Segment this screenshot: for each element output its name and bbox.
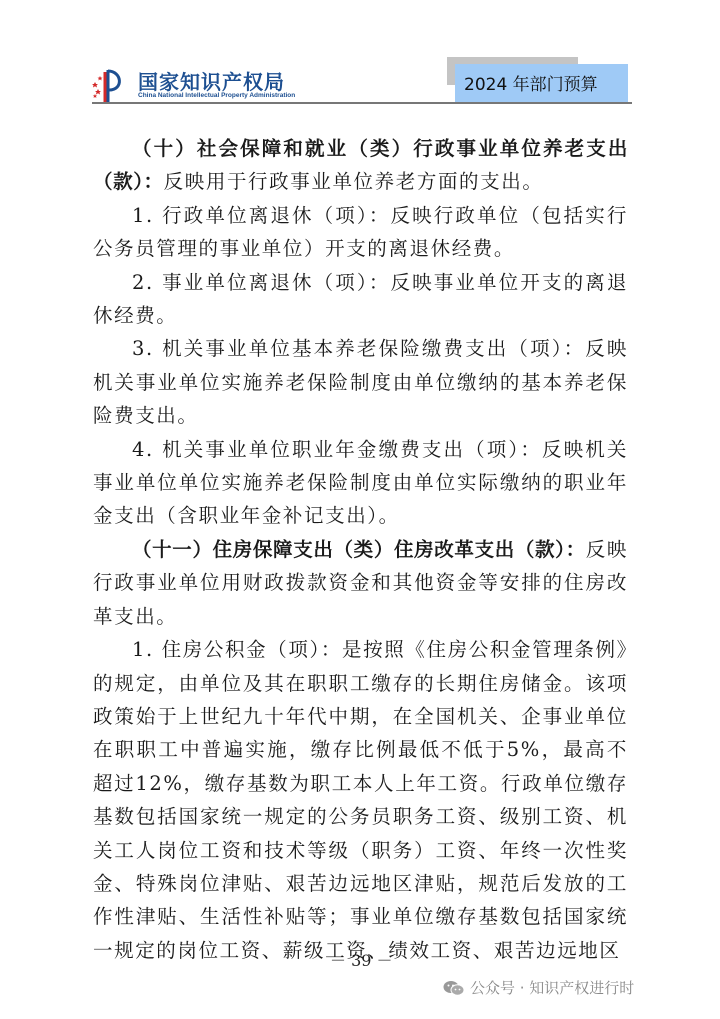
watermark: 公众号 · 知识产权进行时 <box>443 977 634 998</box>
cnipa-logo-icon <box>92 68 124 102</box>
wechat-icon <box>443 980 465 996</box>
list-item: 2. 事业单位离退休（项）：反映事业单位开支的离退休经费。 <box>93 266 628 333</box>
list-item: 3. 机关事业单位基本养老保险缴费支出（项）：反映机关事业单位实施养老保险制度由… <box>93 332 628 432</box>
section-11: （十一）住房保障支出（类）住房改革支出（款）：反映行政事业单位用财政拨款资金和其… <box>93 533 628 633</box>
doc-title: 2024 年部门预算 <box>464 70 598 95</box>
header-divider <box>92 102 632 104</box>
document-body: （十）社会保障和就业（类）行政事业单位养老支出（款）：反映用于行政事业单位养老方… <box>93 132 628 967</box>
page-header: 国家知识产权局 China National Intellectual Prop… <box>0 0 720 110</box>
watermark-text: 公众号 · 知识产权进行时 <box>470 977 634 998</box>
list-item: 1. 住房公积金（项）：是按照《住房公积金管理条例》的规定，由单位及其在职职工缴… <box>93 633 628 967</box>
org-name-en: China National Intellectual Property Adm… <box>138 92 295 99</box>
list-item: 4. 机关事业单位职业年金缴费支出（项）：反映机关事业单位单位实施养老保险制度由… <box>93 433 628 533</box>
section-description: 反映用于行政事业单位养老方面的支出。 <box>164 170 544 193</box>
section-10: （十）社会保障和就业（类）行政事业单位养老支出（款）：反映用于行政事业单位养老方… <box>93 132 628 199</box>
list-item: 1. 行政单位离退休（项）：反映行政单位（包括实行公务员管理的事业单位）开支的离… <box>93 199 628 266</box>
org-name-cn: 国家知识产权局 <box>138 66 285 95</box>
section-heading: （十一）住房保障支出（类）住房改革支出（款）： <box>132 538 586 561</box>
page-number: － 39 － <box>330 948 393 971</box>
